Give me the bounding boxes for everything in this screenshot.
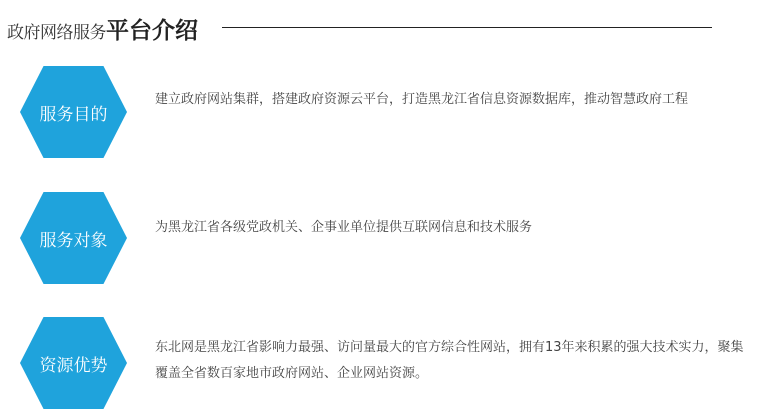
page-header: 政府网络服务平台介绍 (7, 12, 198, 44)
section-description: 东北网是黑龙江省影响力最强、访问量最大的官方综合性网站，拥有13年来积累的强大技… (155, 335, 745, 387)
title-divider (222, 27, 712, 28)
title-light: 政府网络服务 (7, 18, 106, 43)
section-label: 资源优势 (40, 351, 108, 376)
section-description: 建立政府网站集群，搭建政府资源云平台，打造黑龙江省信息资源数据库，推动智慧政府工… (155, 87, 745, 113)
hexagon-badge: 资源优势 (20, 317, 127, 409)
title-bold: 平台介绍 (106, 12, 198, 45)
hexagon-badge: 服务目的 (20, 66, 127, 158)
section-label: 服务目的 (40, 100, 108, 125)
section-label: 服务对象 (40, 226, 108, 251)
section-description: 为黑龙江省各级党政机关、企事业单位提供互联网信息和技术服务 (155, 215, 745, 241)
hexagon-badge: 服务对象 (20, 192, 127, 284)
